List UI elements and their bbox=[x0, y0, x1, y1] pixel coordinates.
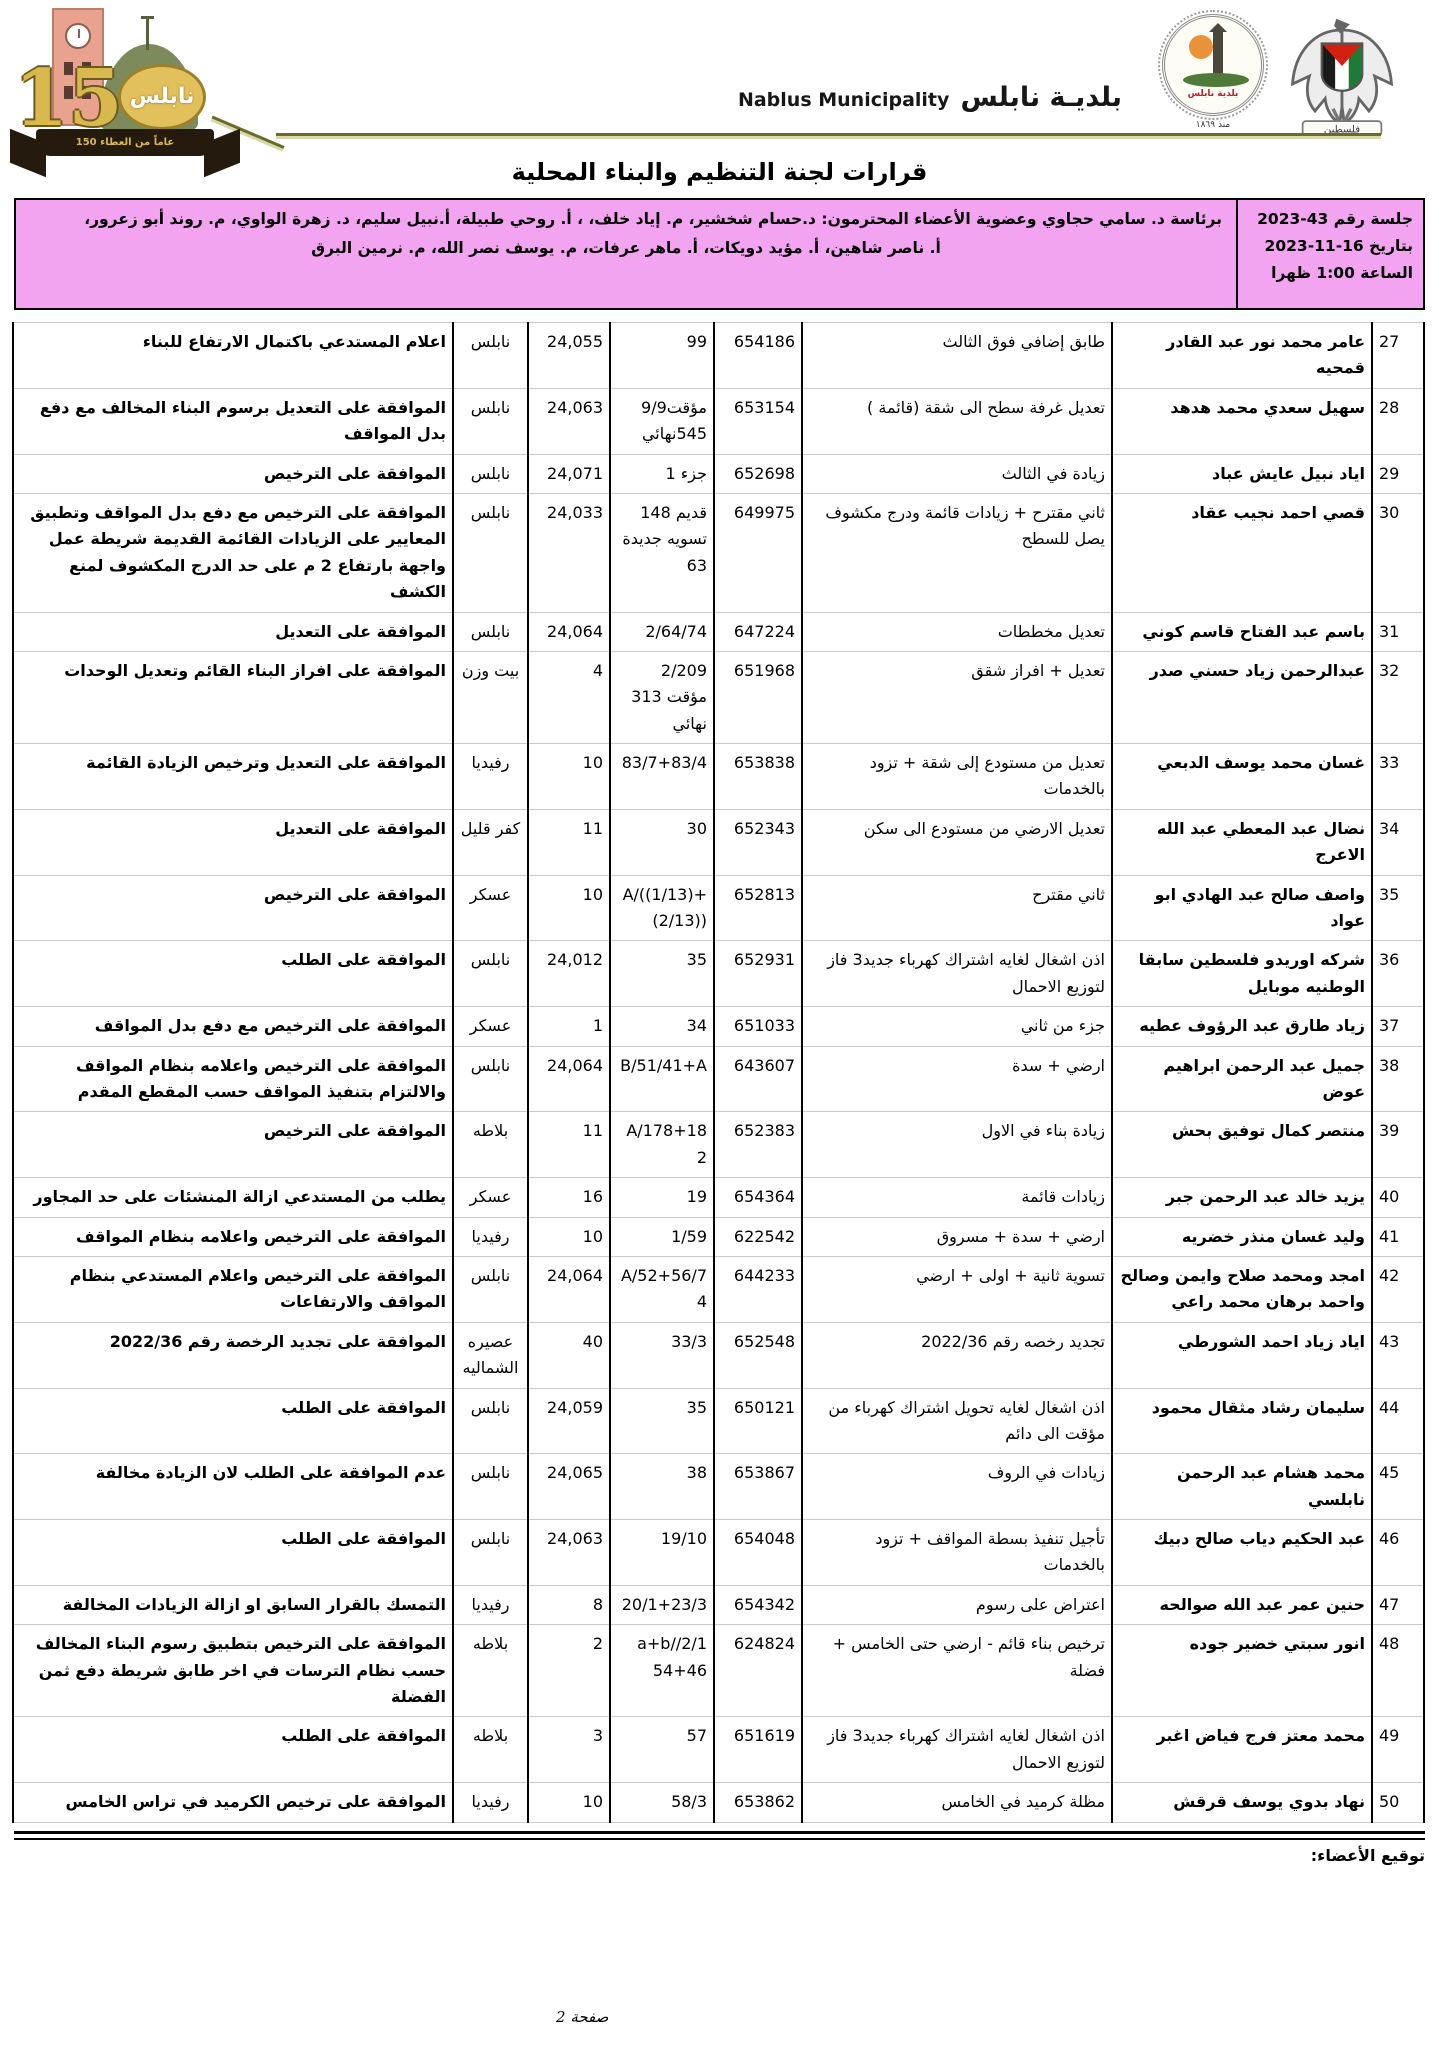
plot-number-cell: 34 bbox=[610, 1007, 714, 1046]
request-subject-cell: زيادة في الثالث bbox=[802, 454, 1112, 493]
applicant-name-cell: باسم عبد الفتاح قاسم كوني bbox=[1112, 612, 1372, 651]
plot-number-cell: 58/3 bbox=[610, 1783, 714, 1822]
anniversary-ribbon: 150 عاماً من العطاء bbox=[36, 129, 214, 156]
attendees-line-1: برئاسة د. سامي حجاوي وعضوية الأعضاء المح… bbox=[30, 205, 1222, 234]
plot-number-cell: A/178+182 bbox=[610, 1112, 714, 1178]
applicant-name-cell: منتصر كمال توفيق بحش bbox=[1112, 1112, 1372, 1178]
file-number-cell: 647224 bbox=[714, 612, 802, 651]
table-row: 34نضال عبد المعطي عبد الله الاعرجتعديل ا… bbox=[13, 809, 1424, 875]
decisions-table: 27عامر محمد نور عبد القادر قمحيهطابق إضا… bbox=[12, 322, 1425, 1823]
row-number-cell: 37 bbox=[1372, 1007, 1424, 1046]
row-number-cell: 29 bbox=[1372, 454, 1424, 493]
block-number-cell: 24,063 bbox=[528, 1520, 610, 1586]
plot-number-cell: 2/209 مؤقت 313 نهائي bbox=[610, 651, 714, 743]
row-number-cell: 38 bbox=[1372, 1046, 1424, 1112]
palestine-coat-of-arms-icon: فلسطين bbox=[1280, 12, 1404, 138]
location-cell: بيت وزن bbox=[453, 651, 528, 743]
plot-number-cell: 2/64/74 bbox=[610, 612, 714, 651]
request-subject-cell: ارضي + سدة bbox=[802, 1046, 1112, 1112]
applicant-name-cell: واصف صالح عبد الهادي ابو عواد bbox=[1112, 875, 1372, 941]
attendees-line-2: أ. ناصر شاهين، أ. مؤيد دويكات، أ. ماهر ع… bbox=[30, 234, 1222, 263]
file-number-cell: 652383 bbox=[714, 1112, 802, 1178]
table-row: 49محمد معتز فرج فياض اغبراذن اشغال لغايه… bbox=[13, 1717, 1424, 1783]
table-row: 28سهيل سعدي محمد هدهدتعديل غرفة سطح الى … bbox=[13, 388, 1424, 454]
applicant-name-cell: امجد ومحمد صلاح وايمن وصالح واحمد برهان … bbox=[1112, 1256, 1372, 1322]
decision-cell: الموافقة على التعديل وترخيص الزيادة القا… bbox=[13, 744, 453, 810]
location-cell: بلاطه bbox=[453, 1717, 528, 1783]
request-subject-cell: تعديل + افراز شقق bbox=[802, 651, 1112, 743]
request-subject-cell: طابق إضافي فوق الثالث bbox=[802, 323, 1112, 389]
row-number-cell: 33 bbox=[1372, 744, 1424, 810]
plot-number-cell: 33/3 bbox=[610, 1322, 714, 1388]
request-subject-cell: تعديل الارضي من مستودع الى سكن bbox=[802, 809, 1112, 875]
file-number-cell: 650121 bbox=[714, 1388, 802, 1454]
clock-face-icon bbox=[65, 23, 91, 49]
plot-number-cell: B/51/41+A bbox=[610, 1046, 714, 1112]
block-number-cell: 8 bbox=[528, 1585, 610, 1624]
location-cell: عصيره الشماليه bbox=[453, 1322, 528, 1388]
row-number-cell: 30 bbox=[1372, 493, 1424, 612]
decision-cell: الموافقة على التعديل برسوم البناء المخال… bbox=[13, 388, 453, 454]
block-number-cell: 1 bbox=[528, 1007, 610, 1046]
location-cell: نابلس bbox=[453, 1454, 528, 1520]
block-number-cell: 10 bbox=[528, 1217, 610, 1256]
table-row: 45محمد هشام عبد الرحمن نابلسيزيادات في ا… bbox=[13, 1454, 1424, 1520]
row-number-cell: 36 bbox=[1372, 941, 1424, 1007]
block-number-cell: 3 bbox=[528, 1717, 610, 1783]
request-subject-cell: تعديل غرفة سطح الى شقة (قائمة ) bbox=[802, 388, 1112, 454]
decisions-table-body: 27عامر محمد نور عبد القادر قمحيهطابق إضا… bbox=[13, 323, 1424, 1823]
file-number-cell: 651033 bbox=[714, 1007, 802, 1046]
decision-cell: الموافقة على الترخيص مع دفع بدل المواقف … bbox=[13, 493, 453, 612]
applicant-name-cell: زياد طارق عبد الرؤوف عطيه bbox=[1112, 1007, 1372, 1046]
block-number-cell: 10 bbox=[528, 875, 610, 941]
row-number-cell: 44 bbox=[1372, 1388, 1424, 1454]
request-subject-cell: جزء من ثاني bbox=[802, 1007, 1112, 1046]
decision-cell: الموافقة على الترخيص bbox=[13, 875, 453, 941]
anniversary-number: 15 bbox=[14, 60, 123, 138]
file-number-cell: 649975 bbox=[714, 493, 802, 612]
plot-number-cell: 30 bbox=[610, 809, 714, 875]
location-cell: نابلس bbox=[453, 941, 528, 1007]
file-number-cell: 651968 bbox=[714, 651, 802, 743]
file-number-cell: 653862 bbox=[714, 1783, 802, 1822]
location-cell: رفيديا bbox=[453, 1585, 528, 1624]
decision-cell: الموافقة على الترخيص bbox=[13, 1112, 453, 1178]
file-number-cell: 654364 bbox=[714, 1178, 802, 1217]
row-number-cell: 42 bbox=[1372, 1256, 1424, 1322]
decision-cell: الموافقة على الترخيص واعلامه بنظام الموا… bbox=[13, 1217, 453, 1256]
row-number-cell: 35 bbox=[1372, 875, 1424, 941]
location-cell: كفر قليل bbox=[453, 809, 528, 875]
applicant-name-cell: عبد الحكيم دياب صالح دبيك bbox=[1112, 1520, 1372, 1586]
location-cell: بلاطه bbox=[453, 1625, 528, 1717]
location-cell: نابلس bbox=[453, 323, 528, 389]
file-number-cell: 652813 bbox=[714, 875, 802, 941]
request-subject-cell: ثاني مقترح + زيادات قائمة ودرج مكشوف يصل… bbox=[802, 493, 1112, 612]
minaret-spire-icon bbox=[146, 18, 149, 50]
location-cell: عسكر bbox=[453, 1178, 528, 1217]
request-subject-cell: تجديد رخصه رقم 2022/36 bbox=[802, 1322, 1112, 1388]
table-row: 40يزيد خالد عبد الرحمن جبرزيادات قائمة65… bbox=[13, 1178, 1424, 1217]
municipality-name-arabic: بلديـة نابلس bbox=[961, 82, 1123, 113]
block-number-cell: 10 bbox=[528, 744, 610, 810]
nablus-150-anniversary-logo-icon: 15 نابلس 150 عاماً من العطاء bbox=[6, 2, 242, 176]
row-number-cell: 31 bbox=[1372, 612, 1424, 651]
block-number-cell: 10 bbox=[528, 1783, 610, 1822]
decision-cell: الموافقة على التعديل bbox=[13, 612, 453, 651]
row-number-cell: 32 bbox=[1372, 651, 1424, 743]
decision-cell: التمسك بالقرار السابق او ازالة الزيادات … bbox=[13, 1585, 453, 1624]
plot-number-cell: a+b//2/1 54+46 bbox=[610, 1625, 714, 1717]
row-number-cell: 48 bbox=[1372, 1625, 1424, 1717]
plot-number-cell: 19 bbox=[610, 1178, 714, 1217]
applicant-name-cell: شركه اوريدو فلسطين سابقا الوطنيه موبايل bbox=[1112, 941, 1372, 1007]
table-row: 27عامر محمد نور عبد القادر قمحيهطابق إضا… bbox=[13, 323, 1424, 389]
request-subject-cell: اذن اشغال لغايه اشتراك كهرباء جديد3 فاز … bbox=[802, 941, 1112, 1007]
location-cell: عسكر bbox=[453, 1007, 528, 1046]
location-cell: نابلس bbox=[453, 1388, 528, 1454]
location-cell: رفيديا bbox=[453, 1217, 528, 1256]
block-number-cell: 4 bbox=[528, 651, 610, 743]
decision-cell: الموافقة على الترخيص مع دفع بدل المواقف bbox=[13, 1007, 453, 1046]
block-number-cell: 24,064 bbox=[528, 612, 610, 651]
request-subject-cell: تسوية ثانية + اولى + ارضي bbox=[802, 1256, 1112, 1322]
applicant-name-cell: اياد نبيل عايش عباد bbox=[1112, 454, 1372, 493]
page-number: صفحة 2 bbox=[556, 2008, 608, 2026]
plot-number-cell: 20/1+23/3 bbox=[610, 1585, 714, 1624]
table-row: 43اياد زياد احمد الشورطيتجديد رخصه رقم 2… bbox=[13, 1322, 1424, 1388]
emblem-caption: منذ ١٨٦٩ bbox=[1160, 120, 1266, 130]
table-row: 37زياد طارق عبد الرؤوف عطيهجزء من ثاني65… bbox=[13, 1007, 1424, 1046]
request-subject-cell: زيادات في الروف bbox=[802, 1454, 1112, 1520]
block-number-cell: 24,065 bbox=[528, 1454, 610, 1520]
row-number-cell: 47 bbox=[1372, 1585, 1424, 1624]
file-number-cell: 653154 bbox=[714, 388, 802, 454]
session-date: بتاريخ 16-11-2023 bbox=[1248, 233, 1413, 260]
nablus-calligraphy-medallion: نابلس bbox=[118, 64, 206, 130]
table-row: 32عبدالرحمن زياد حسني صدرتعديل + افراز ش… bbox=[13, 651, 1424, 743]
location-cell: نابلس bbox=[453, 388, 528, 454]
plot-number-cell: 57 bbox=[610, 1717, 714, 1783]
plot-number-cell: 35 bbox=[610, 941, 714, 1007]
hills-icon bbox=[1183, 73, 1249, 87]
municipality-name-english: Nablus Municipality bbox=[738, 89, 949, 111]
block-number-cell: 11 bbox=[528, 1112, 610, 1178]
decision-cell: الموافقة على الترخيص واعلامه بنظام الموا… bbox=[13, 1046, 453, 1112]
request-subject-cell: ثاني مقترح bbox=[802, 875, 1112, 941]
emblem-ring-icon: بلدية نابلس bbox=[1162, 14, 1264, 116]
applicant-name-cell: نهاد بدوي يوسف قرقش bbox=[1112, 1783, 1372, 1822]
request-subject-cell: مظلة كرميد في الخامس bbox=[802, 1783, 1112, 1822]
document-page: 15 نابلس 150 عاماً من العطاء بلديـة نابل… bbox=[0, 0, 1439, 2048]
decision-cell: الموافقة على افراز البناء القائم وتعديل … bbox=[13, 651, 453, 743]
request-subject-cell: تعديل مخططات bbox=[802, 612, 1112, 651]
document-header: 15 نابلس 150 عاماً من العطاء بلديـة نابل… bbox=[14, 0, 1425, 150]
block-number-cell: 24,033 bbox=[528, 493, 610, 612]
decision-cell: الموافقة على الطلب bbox=[13, 1388, 453, 1454]
table-row: 48انور سبتي خضير جودهترخيص بناء قائم - ا… bbox=[13, 1625, 1424, 1717]
file-number-cell: 653838 bbox=[714, 744, 802, 810]
row-number-cell: 45 bbox=[1372, 1454, 1424, 1520]
decision-cell: اعلام المستدعي باكتمال الارتفاع للبناء bbox=[13, 323, 453, 389]
row-number-cell: 39 bbox=[1372, 1112, 1424, 1178]
emblem-seal-text: بلدية نابلس bbox=[1165, 89, 1261, 99]
row-number-cell: 34 bbox=[1372, 809, 1424, 875]
row-number-cell: 28 bbox=[1372, 388, 1424, 454]
table-row: 41وليد غسان منذر خضريهارضي + سدة + مسروق… bbox=[13, 1217, 1424, 1256]
table-row: 50نهاد بدوي يوسف قرقشمظلة كرميد في الخام… bbox=[13, 1783, 1424, 1822]
row-number-cell: 46 bbox=[1372, 1520, 1424, 1586]
request-subject-cell: اعتراض على رسوم bbox=[802, 1585, 1112, 1624]
file-number-cell: 651619 bbox=[714, 1717, 802, 1783]
location-cell: نابلس bbox=[453, 1046, 528, 1112]
block-number-cell: 24,055 bbox=[528, 323, 610, 389]
location-cell: رفيديا bbox=[453, 744, 528, 810]
signature-divider-rule bbox=[14, 1831, 1425, 1840]
table-row: 39منتصر كمال توفيق بحشزيادة بناء في الاو… bbox=[13, 1112, 1424, 1178]
block-number-cell: 40 bbox=[528, 1322, 610, 1388]
request-subject-cell: ترخيص بناء قائم - ارضي حتى الخامس + فضلة bbox=[802, 1625, 1112, 1717]
applicant-name-cell: سهيل سعدي محمد هدهد bbox=[1112, 388, 1372, 454]
row-number-cell: 50 bbox=[1372, 1783, 1424, 1822]
decision-cell: الموافقة على الترخيص bbox=[13, 454, 453, 493]
request-subject-cell: تأجيل تنفيذ بسطة المواقف + تزود بالخدمات bbox=[802, 1520, 1112, 1586]
location-cell: نابلس bbox=[453, 454, 528, 493]
table-row: 33غسان محمد يوسف الدبعيتعديل من مستودع إ… bbox=[13, 744, 1424, 810]
tower-icon bbox=[1213, 31, 1223, 75]
location-cell: نابلس bbox=[453, 493, 528, 612]
plot-number-cell: 1/59 bbox=[610, 1217, 714, 1256]
plot-number-cell: 19/10 bbox=[610, 1520, 714, 1586]
table-row: 38جميل عبد الرحمن ابراهيم عوضارضي + سدة6… bbox=[13, 1046, 1424, 1112]
row-number-cell: 41 bbox=[1372, 1217, 1424, 1256]
table-row: 30قصي احمد نجيب عقادثاني مقترح + زيادات … bbox=[13, 493, 1424, 612]
block-number-cell: 11 bbox=[528, 809, 610, 875]
block-number-cell: 16 bbox=[528, 1178, 610, 1217]
decision-cell: الموافقة على التعديل bbox=[13, 809, 453, 875]
plot-number-cell: 35 bbox=[610, 1388, 714, 1454]
table-row: 31باسم عبد الفتاح قاسم كونيتعديل مخططات6… bbox=[13, 612, 1424, 651]
file-number-cell: 652698 bbox=[714, 454, 802, 493]
plot-number-cell: A/52+56/74 bbox=[610, 1256, 714, 1322]
location-cell: عسكر bbox=[453, 875, 528, 941]
file-number-cell: 652931 bbox=[714, 941, 802, 1007]
applicant-name-cell: محمد هشام عبد الرحمن نابلسي bbox=[1112, 1454, 1372, 1520]
block-number-cell: 24,064 bbox=[528, 1046, 610, 1112]
decision-cell: الموافقة على الترخيص واعلام المستدعي بنظ… bbox=[13, 1256, 453, 1322]
plot-number-cell: 99 bbox=[610, 323, 714, 389]
plot-number-cell: 38 bbox=[610, 1454, 714, 1520]
request-subject-cell: زيادة بناء في الاول bbox=[802, 1112, 1112, 1178]
location-cell: نابلس bbox=[453, 1520, 528, 1586]
file-number-cell: 654342 bbox=[714, 1585, 802, 1624]
decision-cell: الموافقة على ترخيص الكرميد في تراس الخام… bbox=[13, 1783, 453, 1822]
row-number-cell: 27 bbox=[1372, 323, 1424, 389]
table-row: 46عبد الحكيم دياب صالح دبيكتأجيل تنفيذ ب… bbox=[13, 1520, 1424, 1586]
session-details: جلسة رقم 43-2023 بتاريخ 16-11-2023 الساع… bbox=[1236, 200, 1423, 308]
table-row: 35واصف صالح عبد الهادي ابو عوادثاني مقتر… bbox=[13, 875, 1424, 941]
table-row: 29اياد نبيل عايش عبادزيادة في الثالث6526… bbox=[13, 454, 1424, 493]
block-number-cell: 24,063 bbox=[528, 388, 610, 454]
location-cell: نابلس bbox=[453, 1256, 528, 1322]
request-subject-cell: ارضي + سدة + مسروق bbox=[802, 1217, 1112, 1256]
block-number-cell: 24,071 bbox=[528, 454, 610, 493]
file-number-cell: 652343 bbox=[714, 809, 802, 875]
request-subject-cell: تعديل من مستودع إلى شقة + تزود بالخدمات bbox=[802, 744, 1112, 810]
applicant-name-cell: وليد غسان منذر خضريه bbox=[1112, 1217, 1372, 1256]
location-cell: رفيديا bbox=[453, 1783, 528, 1822]
block-number-cell: 24,059 bbox=[528, 1388, 610, 1454]
municipality-wordmark: بلديـة نابلس Nablus Municipality bbox=[882, 82, 1122, 113]
location-cell: بلاطه bbox=[453, 1112, 528, 1178]
attendees-list: برئاسة د. سامي حجاوي وعضوية الأعضاء المح… bbox=[16, 200, 1236, 308]
table-row: 42امجد ومحمد صلاح وايمن وصالح واحمد برها… bbox=[13, 1256, 1424, 1322]
row-number-cell: 40 bbox=[1372, 1178, 1424, 1217]
table-row: 47حنين عمر عبد الله صوالحهاعتراض على رسو… bbox=[13, 1585, 1424, 1624]
decision-cell: يطلب من المستدعي ازالة المنشئات على حد ا… bbox=[13, 1178, 453, 1217]
file-number-cell: 654186 bbox=[714, 323, 802, 389]
applicant-name-cell: نضال عبد المعطي عبد الله الاعرج bbox=[1112, 809, 1372, 875]
row-number-cell: 43 bbox=[1372, 1322, 1424, 1388]
file-number-cell: 622542 bbox=[714, 1217, 802, 1256]
decision-cell: الموافقة على الطلب bbox=[13, 1520, 453, 1586]
applicant-name-cell: انور سبتي خضير جوده bbox=[1112, 1625, 1372, 1717]
decision-cell: الموافقة على الطلب bbox=[13, 1717, 453, 1783]
session-time: الساعة 1:00 ظهرا bbox=[1248, 260, 1413, 287]
applicant-name-cell: عبدالرحمن زياد حسني صدر bbox=[1112, 651, 1372, 743]
applicant-name-cell: جميل عبد الرحمن ابراهيم عوض bbox=[1112, 1046, 1372, 1112]
applicant-name-cell: عامر محمد نور عبد القادر قمحيه bbox=[1112, 323, 1372, 389]
applicant-name-cell: حنين عمر عبد الله صوالحه bbox=[1112, 1585, 1372, 1624]
decision-cell: عدم الموافقة على الطلب لان الزيادة مخالف… bbox=[13, 1454, 453, 1520]
request-subject-cell: اذن اشغال لغايه تحويل اشتراك كهرباء من م… bbox=[802, 1388, 1112, 1454]
file-number-cell: 644233 bbox=[714, 1256, 802, 1322]
file-number-cell: 654048 bbox=[714, 1520, 802, 1586]
applicant-name-cell: غسان محمد يوسف الدبعي bbox=[1112, 744, 1372, 810]
decision-cell: الموافقة على الترخيص بتطبيق رسوم البناء … bbox=[13, 1625, 453, 1717]
nablus-municipality-emblem-icon: بلدية نابلس منذ ١٨٦٩ bbox=[1160, 14, 1266, 136]
applicant-name-cell: قصي احمد نجيب عقاد bbox=[1112, 493, 1372, 612]
session-number: جلسة رقم 43-2023 bbox=[1248, 206, 1413, 233]
header-divider-rule bbox=[276, 133, 1381, 136]
plot-number-cell: A/((1/13)+(2/13)) bbox=[610, 875, 714, 941]
applicant-name-cell: محمد معتز فرج فياض اغبر bbox=[1112, 1717, 1372, 1783]
file-number-cell: 624824 bbox=[714, 1625, 802, 1717]
block-number-cell: 2 bbox=[528, 1625, 610, 1717]
applicant-name-cell: اياد زياد احمد الشورطي bbox=[1112, 1322, 1372, 1388]
members-signature-label: توقيع الأعضاء: bbox=[14, 1846, 1425, 1865]
table-row: 44سليمان رشاد مثقال محموداذن اشغال لغايه… bbox=[13, 1388, 1424, 1454]
session-info-box: جلسة رقم 43-2023 بتاريخ 16-11-2023 الساع… bbox=[14, 198, 1425, 310]
applicant-name-cell: سليمان رشاد مثقال محمود bbox=[1112, 1388, 1372, 1454]
applicant-name-cell: يزيد خالد عبد الرحمن جبر bbox=[1112, 1178, 1372, 1217]
file-number-cell: 643607 bbox=[714, 1046, 802, 1112]
block-number-cell: 24,012 bbox=[528, 941, 610, 1007]
request-subject-cell: اذن اشغال لغايه اشتراك كهرباء جديد3 فاز … bbox=[802, 1717, 1112, 1783]
decision-cell: الموافقة على الطلب bbox=[13, 941, 453, 1007]
table-row: 36شركه اوريدو فلسطين سابقا الوطنيه موباي… bbox=[13, 941, 1424, 1007]
location-cell: نابلس bbox=[453, 612, 528, 651]
row-number-cell: 49 bbox=[1372, 1717, 1424, 1783]
block-number-cell: 24,064 bbox=[528, 1256, 610, 1322]
plot-number-cell: 9/9مؤقت 545نهائي bbox=[610, 388, 714, 454]
plot-number-cell: 83/7+83/4 bbox=[610, 744, 714, 810]
plot-number-cell: جزء 1 bbox=[610, 454, 714, 493]
decision-cell: الموافقة على تجديد الرخصة رقم 2022/36 bbox=[13, 1322, 453, 1388]
file-number-cell: 652548 bbox=[714, 1322, 802, 1388]
sun-icon bbox=[1189, 35, 1213, 59]
file-number-cell: 653867 bbox=[714, 1454, 802, 1520]
request-subject-cell: زيادات قائمة bbox=[802, 1178, 1112, 1217]
plot-number-cell: 148 قديم تسويه جديدة 63 bbox=[610, 493, 714, 612]
